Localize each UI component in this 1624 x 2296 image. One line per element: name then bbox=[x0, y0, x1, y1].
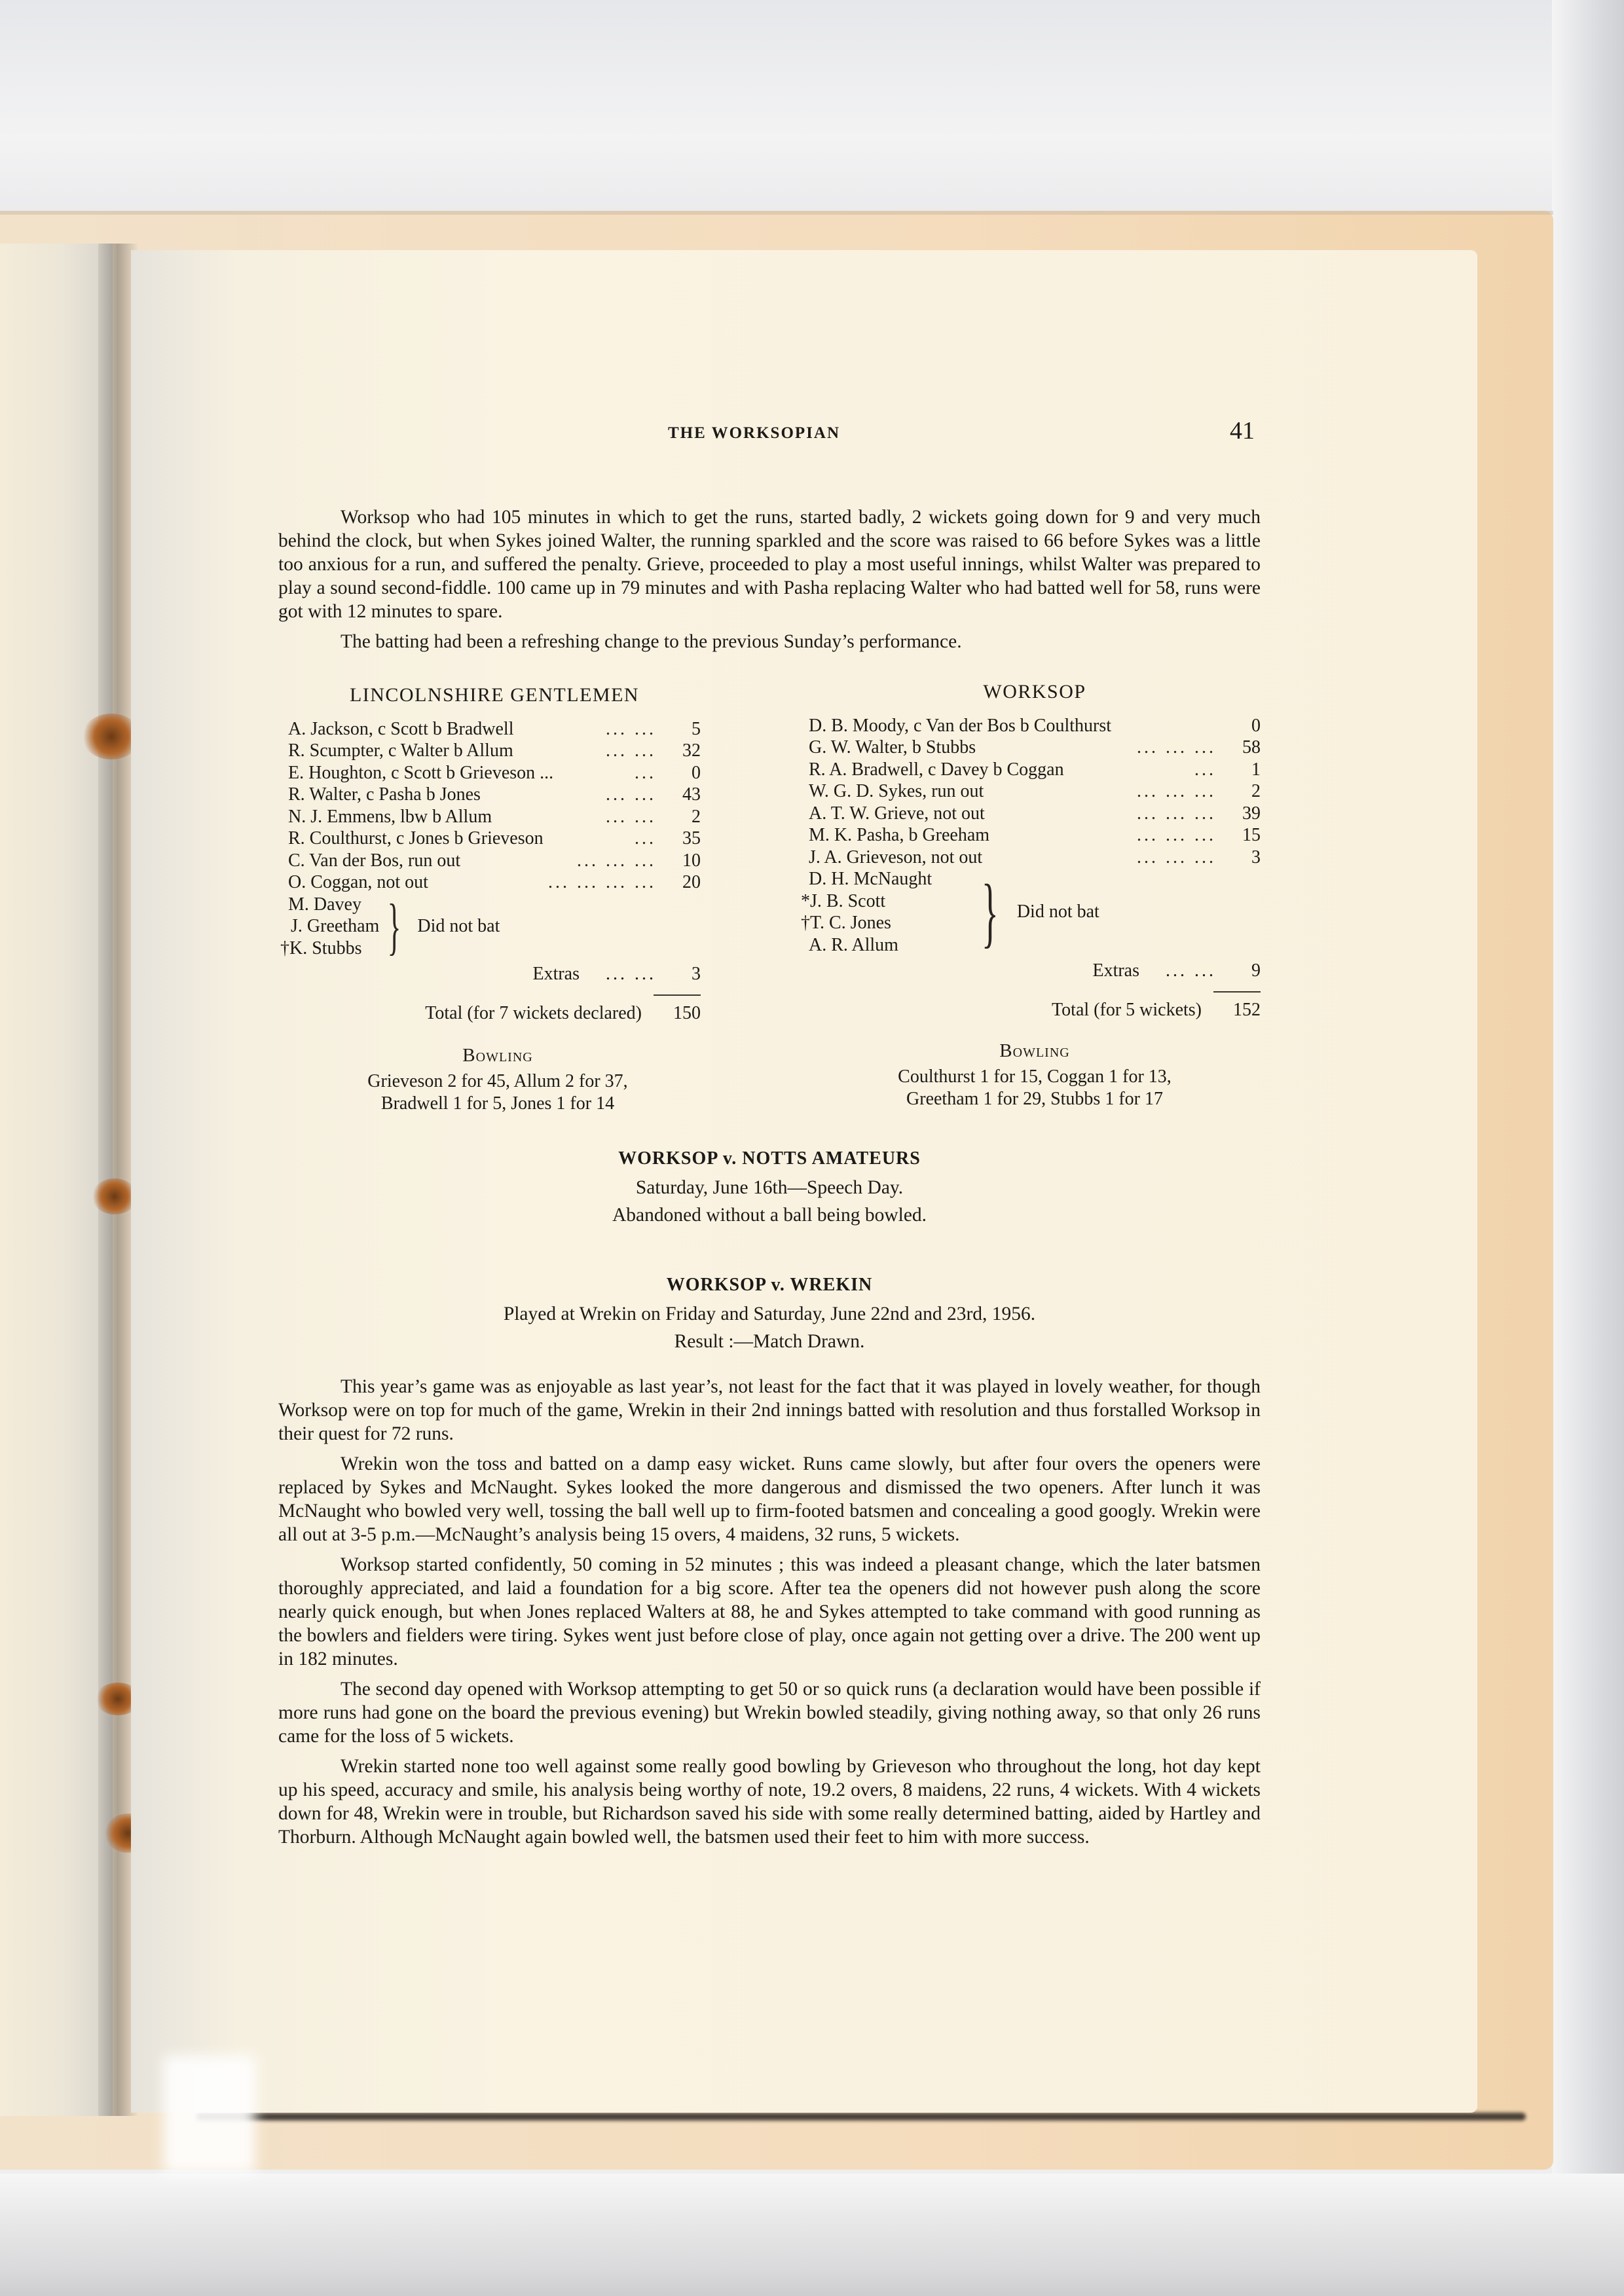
leader-dots: ... ... bbox=[513, 740, 667, 762]
leader-dots: ... ... ... bbox=[982, 847, 1227, 869]
match-result: Abandoned without a ball being bowled. bbox=[278, 1203, 1261, 1227]
bowling-line: Grieveson 2 for 45, Allum 2 for 37, bbox=[301, 1070, 694, 1093]
runs: 32 bbox=[667, 740, 701, 762]
batting-row: E. Houghton, c Scott b Grieveson ......0 bbox=[288, 762, 701, 784]
paragraph: Worksop started confidently, 50 coming i… bbox=[278, 1553, 1261, 1671]
bowling-heading: Bowling bbox=[828, 1040, 1241, 1062]
batsman: D. B. Moody, c Van der Bos b Coulthurst bbox=[809, 715, 1111, 737]
paragraph: This year’s game was as enjoyable as las… bbox=[278, 1375, 1261, 1446]
match-venue-date: Played at Wrekin on Friday and Saturday,… bbox=[278, 1302, 1261, 1326]
batting-row: N. J. Emmens, lbw b Allum... ...2 bbox=[288, 806, 701, 828]
runs: 43 bbox=[667, 784, 701, 806]
batsman: J. A. Grieveson, not out bbox=[809, 847, 982, 869]
runs: 10 bbox=[667, 850, 701, 872]
batsman: G. W. Walter, b Stubbs bbox=[809, 737, 976, 759]
player: †K. Stubbs bbox=[280, 938, 379, 960]
batsman: R. Coulthurst, c Jones b Grieveson bbox=[288, 828, 544, 850]
batting-row: M. K. Pasha, b Greeham... ... ...15 bbox=[809, 824, 1261, 847]
brace-icon: } bbox=[982, 873, 999, 951]
batsman: M. K. Pasha, b Greeham bbox=[809, 824, 989, 847]
leader-dots: ... ... ... bbox=[989, 824, 1227, 847]
bowling-lincolnshire: Bowling Grieveson 2 for 45, Allum 2 for … bbox=[301, 1044, 694, 1115]
leader-dots: ... ... bbox=[580, 963, 667, 985]
total-row: Total (for 5 wickets)152 bbox=[809, 999, 1261, 1021]
total-row: Total (for 7 wickets declared)150 bbox=[288, 1002, 701, 1025]
runs: 58 bbox=[1227, 737, 1261, 759]
batting-row: R. A. Bradwell, c Davey b Coggan...1 bbox=[809, 759, 1261, 781]
batsman: R. Scumpter, c Walter b Allum bbox=[288, 740, 513, 762]
total-value: 150 bbox=[642, 1002, 701, 1025]
runs: 20 bbox=[667, 871, 701, 894]
leader-dots: ... ... ... bbox=[460, 850, 667, 872]
bowling-worksop: Bowling Coulthurst 1 for 15, Coggan 1 fo… bbox=[828, 1040, 1241, 1110]
extras-value: 3 bbox=[667, 963, 701, 985]
leader-dots: ... ... bbox=[481, 784, 667, 806]
extras-label: Extras bbox=[1092, 960, 1139, 982]
batting-row: C. Van der Bos, run out... ... ...10 bbox=[288, 850, 701, 872]
batting-row: G. W. Walter, b Stubbs... ... ...58 bbox=[809, 737, 1261, 759]
leader-dots: ... ... ... ... bbox=[428, 871, 667, 894]
batsman: A. Jackson, c Scott b Bradwell bbox=[288, 718, 514, 740]
runs: 39 bbox=[1227, 803, 1261, 825]
batting-row: J. A. Grieveson, not out... ... ...3 bbox=[809, 847, 1261, 869]
extras-value: 9 bbox=[1227, 960, 1261, 982]
extras-row: Extras... ...3 bbox=[288, 963, 701, 985]
batting-row: A. Jackson, c Scott b Bradwell... ...5 bbox=[288, 718, 701, 740]
total-rule bbox=[1213, 991, 1261, 993]
player: A. R. Allum bbox=[809, 934, 932, 957]
batting-row: R. Walter, c Pasha b Jones... ...43 bbox=[288, 784, 701, 806]
total-value: 152 bbox=[1202, 999, 1261, 1021]
did-not-bat-group: D. H. McNaught *J. B. Scott †T. C. Jones… bbox=[809, 868, 1261, 956]
match-heading: WORKSOP v. NOTTS AMATEURS bbox=[278, 1147, 1261, 1171]
facing-page-edge bbox=[0, 244, 113, 2116]
batsman: W. G. D. Sykes, run out bbox=[809, 780, 984, 803]
scorecard-lincolnshire: LINCOLNSHIRE GENTLEMEN A. Jackson, c Sco… bbox=[288, 684, 701, 1024]
match-date: Saturday, June 16th—Speech Day. bbox=[278, 1176, 1261, 1199]
scanner-shadow bbox=[0, 2174, 1624, 2296]
leader-dots: ... ... ... bbox=[976, 737, 1227, 759]
bowling-line: Bradwell 1 for 5, Jones 1 for 14 bbox=[301, 1093, 694, 1115]
total-rule bbox=[654, 994, 701, 996]
runs: 35 bbox=[667, 828, 701, 850]
notts-match-section: WORKSOP v. NOTTS AMATEURS Saturday, June… bbox=[278, 1147, 1261, 1231]
batsman: O. Coggan, not out bbox=[288, 871, 428, 894]
player: *J. B. Scott bbox=[801, 890, 932, 913]
batting-row: R. Scumpter, c Walter b Allum... ...32 bbox=[288, 740, 701, 762]
intro-text: Worksop who had 105 minutes in which to … bbox=[278, 505, 1261, 660]
wrekin-match-section: WORKSOP v. WREKIN Played at Wrekin on Fr… bbox=[278, 1273, 1261, 1357]
batsman: C. Van der Bos, run out bbox=[288, 850, 460, 872]
did-not-bat-names: D. H. McNaught *J. B. Scott †T. C. Jones… bbox=[809, 868, 932, 956]
leader-dots bbox=[1111, 715, 1227, 737]
player: M. Davey bbox=[288, 894, 379, 916]
runs: 1 bbox=[1227, 759, 1261, 781]
player: J. Greetham bbox=[291, 915, 379, 938]
leader-dots: ... ... bbox=[514, 718, 667, 740]
leader-dots: ... bbox=[553, 762, 667, 784]
runs: 0 bbox=[1227, 715, 1261, 737]
batting-row: A. T. W. Grieve, not out... ... ...39 bbox=[809, 803, 1261, 825]
leader-dots: ... bbox=[544, 828, 667, 850]
runs: 15 bbox=[1227, 824, 1261, 847]
match-heading: WORKSOP v. WREKIN bbox=[278, 1273, 1261, 1297]
match-result: Result :—Match Drawn. bbox=[278, 1330, 1261, 1353]
batsman: A. T. W. Grieve, not out bbox=[809, 803, 985, 825]
batting-row: D. B. Moody, c Van der Bos b Coulthurst0 bbox=[809, 715, 1261, 737]
page-number: 41 bbox=[1230, 416, 1255, 445]
player: †T. C. Jones bbox=[801, 912, 932, 934]
total-label: Total (for 5 wickets) bbox=[1052, 999, 1202, 1021]
did-not-bat-label: Did not bat bbox=[1017, 901, 1099, 923]
team-heading: LINCOLNSHIRE GENTLEMEN bbox=[288, 684, 701, 706]
did-not-bat-names: M. Davey J. Greetham †K. Stubbs bbox=[288, 894, 379, 960]
player: D. H. McNaught bbox=[809, 868, 932, 890]
batsman: E. Houghton, c Scott b Grieveson ... bbox=[288, 762, 553, 784]
scorecard-worksop: WORKSOP D. B. Moody, c Van der Bos b Cou… bbox=[809, 681, 1261, 1021]
scan-glare bbox=[164, 2056, 255, 2174]
running-head: THE WORKSOPIAN bbox=[668, 424, 840, 443]
page-shadow bbox=[196, 2113, 1526, 2121]
team-heading: WORKSOP bbox=[809, 681, 1261, 703]
leader-dots: ... ... bbox=[1139, 960, 1227, 982]
cover-edge bbox=[0, 211, 1553, 215]
batsman: N. J. Emmens, lbw b Allum bbox=[288, 806, 492, 828]
paragraph: The second day opened with Worksop attem… bbox=[278, 1677, 1261, 1748]
runs: 2 bbox=[667, 806, 701, 828]
runs: 3 bbox=[1227, 847, 1261, 869]
paragraph: Wrekin started none too well against som… bbox=[278, 1755, 1261, 1849]
paragraph: Wrekin won the toss and batted on a damp… bbox=[278, 1452, 1261, 1546]
batsman: R. A. Bradwell, c Davey b Coggan bbox=[809, 759, 1064, 781]
runs: 0 bbox=[667, 762, 701, 784]
batting-row: O. Coggan, not out... ... ... ...20 bbox=[288, 871, 701, 894]
bowling-line: Coulthurst 1 for 15, Coggan 1 for 13, bbox=[828, 1066, 1241, 1088]
wrekin-report: This year’s game was as enjoyable as las… bbox=[278, 1375, 1261, 1855]
total-label: Total (for 7 wickets declared) bbox=[425, 1002, 642, 1025]
leader-dots: ... ... bbox=[492, 806, 667, 828]
extras-label: Extras bbox=[532, 963, 580, 985]
leader-dots: ... ... ... bbox=[985, 803, 1227, 825]
batsman: R. Walter, c Pasha b Jones bbox=[288, 784, 481, 806]
bowling-heading: Bowling bbox=[301, 1044, 694, 1066]
runs: 2 bbox=[1227, 780, 1261, 803]
did-not-bat-group: M. Davey J. Greetham †K. Stubbs } Did no… bbox=[288, 894, 701, 960]
extras-row: Extras... ...9 bbox=[809, 960, 1261, 982]
paragraph: The batting had been a refreshing change… bbox=[278, 630, 1261, 653]
did-not-bat-label: Did not bat bbox=[417, 915, 500, 938]
runs: 5 bbox=[667, 718, 701, 740]
batting-row: R. Coulthurst, c Jones b Grieveson...35 bbox=[288, 828, 701, 850]
leader-dots: ... ... ... bbox=[984, 780, 1227, 803]
paragraph: Worksop who had 105 minutes in which to … bbox=[278, 505, 1261, 623]
bowling-line: Greetham 1 for 29, Stubbs 1 for 17 bbox=[828, 1088, 1241, 1110]
brace-icon: } bbox=[388, 895, 401, 958]
leader-dots: ... bbox=[1064, 759, 1227, 781]
scanner-edge bbox=[1552, 0, 1624, 2296]
batting-row: W. G. D. Sykes, run out... ... ...2 bbox=[809, 780, 1261, 803]
